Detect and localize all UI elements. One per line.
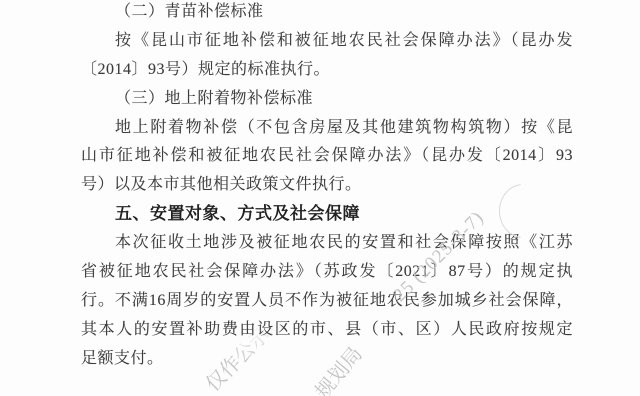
document-text-block: （二）青苗补偿标准 按《昆山市征地补偿和被征地农民社会保障办法》（昆办发 〔20…	[81, 0, 573, 374]
body-line: 行。不满16周岁的安置人员不作为被征地农民参加城乡社会保障，	[81, 287, 573, 316]
body-line: 〔2014〕93号）规定的标准执行。	[81, 56, 573, 85]
body-line: 其本人的安置补助费由设区的市、县（市、区）人民政府按规定	[81, 316, 573, 345]
body-line: 省被征地农民社会保障办法》（苏政发〔2021〕87号）的规定执	[81, 258, 573, 287]
body-line: 按《昆山市征地补偿和被征地农民社会保障办法》（昆办发	[81, 27, 573, 56]
document-page: （二）青苗补偿标准 按《昆山市征地补偿和被征地农民社会保障办法》（昆办发 〔20…	[0, 0, 640, 396]
body-line: 山市征地补偿和被征地农民社会保障办法》（昆办发〔2014〕93	[81, 142, 573, 171]
body-line: 地上附着物补偿（不包含房屋及其他建筑物构筑物）按《昆	[81, 114, 573, 143]
body-line: 足额支付。	[81, 345, 573, 374]
heading-section-five: 五、安置对象、方式及社会保障	[81, 200, 573, 229]
subheading-seedling-compensation: （二）青苗补偿标准	[81, 0, 573, 27]
body-line: 本次征收土地涉及被征地农民的安置和社会保障按照《江苏	[81, 229, 573, 258]
body-line: 号）以及本市其他相关政策文件执行。	[81, 171, 573, 200]
subheading-attachments-compensation: （三）地上附着物补偿标准	[81, 85, 573, 114]
